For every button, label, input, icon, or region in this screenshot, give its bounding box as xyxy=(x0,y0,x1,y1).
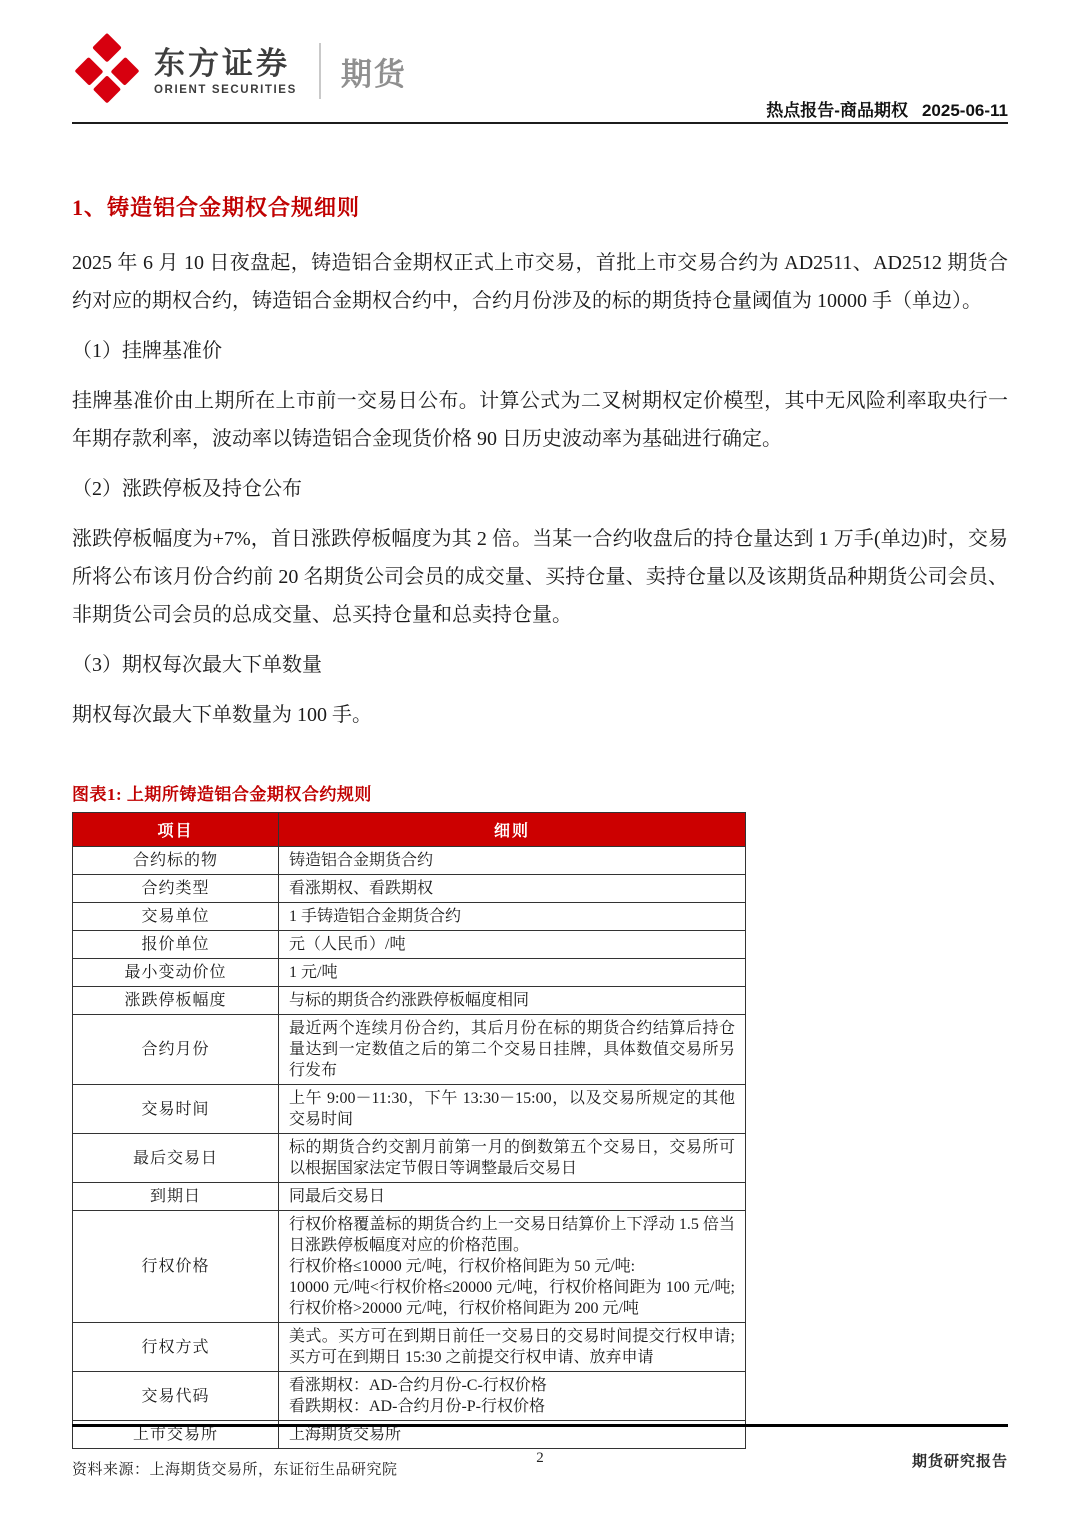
sub-heading: （3）期权每次最大下单数量 xyxy=(72,646,1008,684)
body-paragraph: 期权每次最大下单数量为 100 手。 xyxy=(72,696,1008,734)
brand-name-en: ORIENT SECURITIES xyxy=(154,84,297,96)
figure-1: 图表1: 上期所铸造铝合金期权合约规则 项目 细则 合约标的物铸造铝合金期货合约… xyxy=(72,780,1008,1479)
detail-cell: 上午 9:00－11:30，下午 13:30－15:00，以及交易所规定的其他交… xyxy=(279,1085,746,1134)
table-row: 合约标的物铸造铝合金期货合约 xyxy=(73,847,746,875)
page-number: 2 xyxy=(72,1450,1008,1467)
report-type: 热点报告-商品期权 xyxy=(766,101,908,120)
body-paragraph: 挂牌基准价由上期所在上市前一交易日公布。计算公式为二叉树期权定价模型，其中无风险… xyxy=(72,382,1008,458)
figure-title: 图表1: 上期所铸造铝合金期权合约规则 xyxy=(72,780,1008,805)
item-cell: 到期日 xyxy=(73,1183,279,1211)
table-header-row: 项目 细则 xyxy=(73,813,746,847)
item-cell: 行权价格 xyxy=(73,1211,279,1323)
item-cell: 行权方式 xyxy=(73,1323,279,1372)
item-cell: 交易代码 xyxy=(73,1372,279,1421)
brand-header: 东方证券 ORIENT SECURITIES 期货 xyxy=(74,38,407,104)
item-cell: 合约月份 xyxy=(73,1015,279,1085)
item-cell: 合约类型 xyxy=(73,875,279,903)
table-row: 涨跌停板幅度与标的期货合约涨跌停板幅度相同 xyxy=(73,987,746,1015)
sub-heading: （1）挂牌基准价 xyxy=(72,332,1008,370)
column-header-detail: 细则 xyxy=(279,813,746,847)
detail-cell: 最近两个连续月份合约，其后月份在标的期货合约结算后持仓量达到一定数值之后的第二个… xyxy=(279,1015,746,1085)
diamond-logo-icon xyxy=(74,38,139,103)
column-header-item: 项目 xyxy=(73,813,279,847)
table-row: 合约月份最近两个连续月份合约，其后月份在标的期货合约结算后持仓量达到一定数值之后… xyxy=(73,1015,746,1085)
item-cell: 交易时间 xyxy=(73,1085,279,1134)
paragraph-container: 2025 年 6 月 10 日夜盘起，铸造铝合金期权正式上市交易，首批上市交易合… xyxy=(72,244,1008,734)
report-meta: 热点报告-商品期权2025-06-11 xyxy=(766,96,1008,121)
option-rules-table: 项目 细则 合约标的物铸造铝合金期货合约合约类型看涨期权、看跌期权交易单位1 手… xyxy=(72,812,746,1449)
report-date: 2025-06-11 xyxy=(922,101,1008,120)
table-row: 最小变动价位1 元/吨 xyxy=(73,959,746,987)
detail-cell: 同最后交易日 xyxy=(279,1183,746,1211)
table-row: 行权价格行权价格覆盖标的期货合约上一交易日结算价上下浮动 1.5 倍当日涨跌停板… xyxy=(73,1211,746,1323)
table-row: 交易代码看涨期权：AD-合约月份-C-行权价格看跌期权：AD-合约月份-P-行权… xyxy=(73,1372,746,1421)
detail-cell: 看涨期权、看跌期权 xyxy=(279,875,746,903)
detail-cell: 元（人民币）/吨 xyxy=(279,931,746,959)
brand-text: 东方证券 ORIENT SECURITIES xyxy=(154,47,297,96)
table-row: 交易时间上午 9:00－11:30，下午 13:30－15:00，以及交易所规定… xyxy=(73,1085,746,1134)
table-row: 合约类型看涨期权、看跌期权 xyxy=(73,875,746,903)
item-cell: 交易单位 xyxy=(73,903,279,931)
detail-cell: 标的期货合约交割月前第一月的倒数第五个交易日，交易所可以根据国家法定节假日等调整… xyxy=(279,1134,746,1183)
brand-division-label: 期货 xyxy=(341,49,407,94)
item-cell: 涨跌停板幅度 xyxy=(73,987,279,1015)
orient-securities-logo-icon xyxy=(74,38,140,104)
main-content: 1、铸造铝合金期权合规细则 2025 年 6 月 10 日夜盘起，铸造铝合金期权… xyxy=(72,124,1008,1479)
detail-cell: 行权价格覆盖标的期货合约上一交易日结算价上下浮动 1.5 倍当日涨跌停板幅度对应… xyxy=(279,1211,746,1323)
detail-cell: 美式。买方可在到期日前任一交易日的交易时间提交行权申请;买方可在到期日 15:3… xyxy=(279,1323,746,1372)
detail-cell: 1 元/吨 xyxy=(279,959,746,987)
table-row: 行权方式美式。买方可在到期日前任一交易日的交易时间提交行权申请;买方可在到期日 … xyxy=(73,1323,746,1372)
item-cell: 最后交易日 xyxy=(73,1134,279,1183)
detail-cell: 看涨期权：AD-合约月份-C-行权价格看跌期权：AD-合约月份-P-行权价格 xyxy=(279,1372,746,1421)
brand-name-cn: 东方证券 xyxy=(154,47,297,81)
table-row: 最后交易日标的期货合约交割月前第一月的倒数第五个交易日，交易所可以根据国家法定节… xyxy=(73,1134,746,1183)
item-cell: 最小变动价位 xyxy=(73,959,279,987)
detail-cell: 与标的期货合约涨跌停板幅度相同 xyxy=(279,987,746,1015)
item-cell: 报价单位 xyxy=(73,931,279,959)
sub-heading: （2）涨跌停板及持仓公布 xyxy=(72,470,1008,508)
table-row: 交易单位1 手铸造铝合金期货合约 xyxy=(73,903,746,931)
report-page: 东方证券 ORIENT SECURITIES 期货 热点报告-商品期权2025-… xyxy=(0,0,1080,1527)
detail-cell: 1 手铸造铝合金期货合约 xyxy=(279,903,746,931)
footer-label: 期货研究报告 xyxy=(912,1450,1008,1471)
body-paragraph: 涨跌停板幅度为+7%，首日涨跌停板幅度为其 2 倍。当某一合约收盘后的持仓量达到… xyxy=(72,520,1008,634)
body-paragraph: 2025 年 6 月 10 日夜盘起，铸造铝合金期权正式上市交易，首批上市交易合… xyxy=(72,244,1008,320)
section-title: 1、铸造铝合金期权合规细则 xyxy=(72,194,1008,222)
item-cell: 合约标的物 xyxy=(73,847,279,875)
detail-cell: 铸造铝合金期货合约 xyxy=(279,847,746,875)
page-footer: 2 期货研究报告 xyxy=(72,1450,1008,1474)
table-row: 到期日同最后交易日 xyxy=(73,1183,746,1211)
footer-rule xyxy=(72,1424,1008,1427)
brand-divider xyxy=(319,43,321,99)
table-row: 报价单位元（人民币）/吨 xyxy=(73,931,746,959)
